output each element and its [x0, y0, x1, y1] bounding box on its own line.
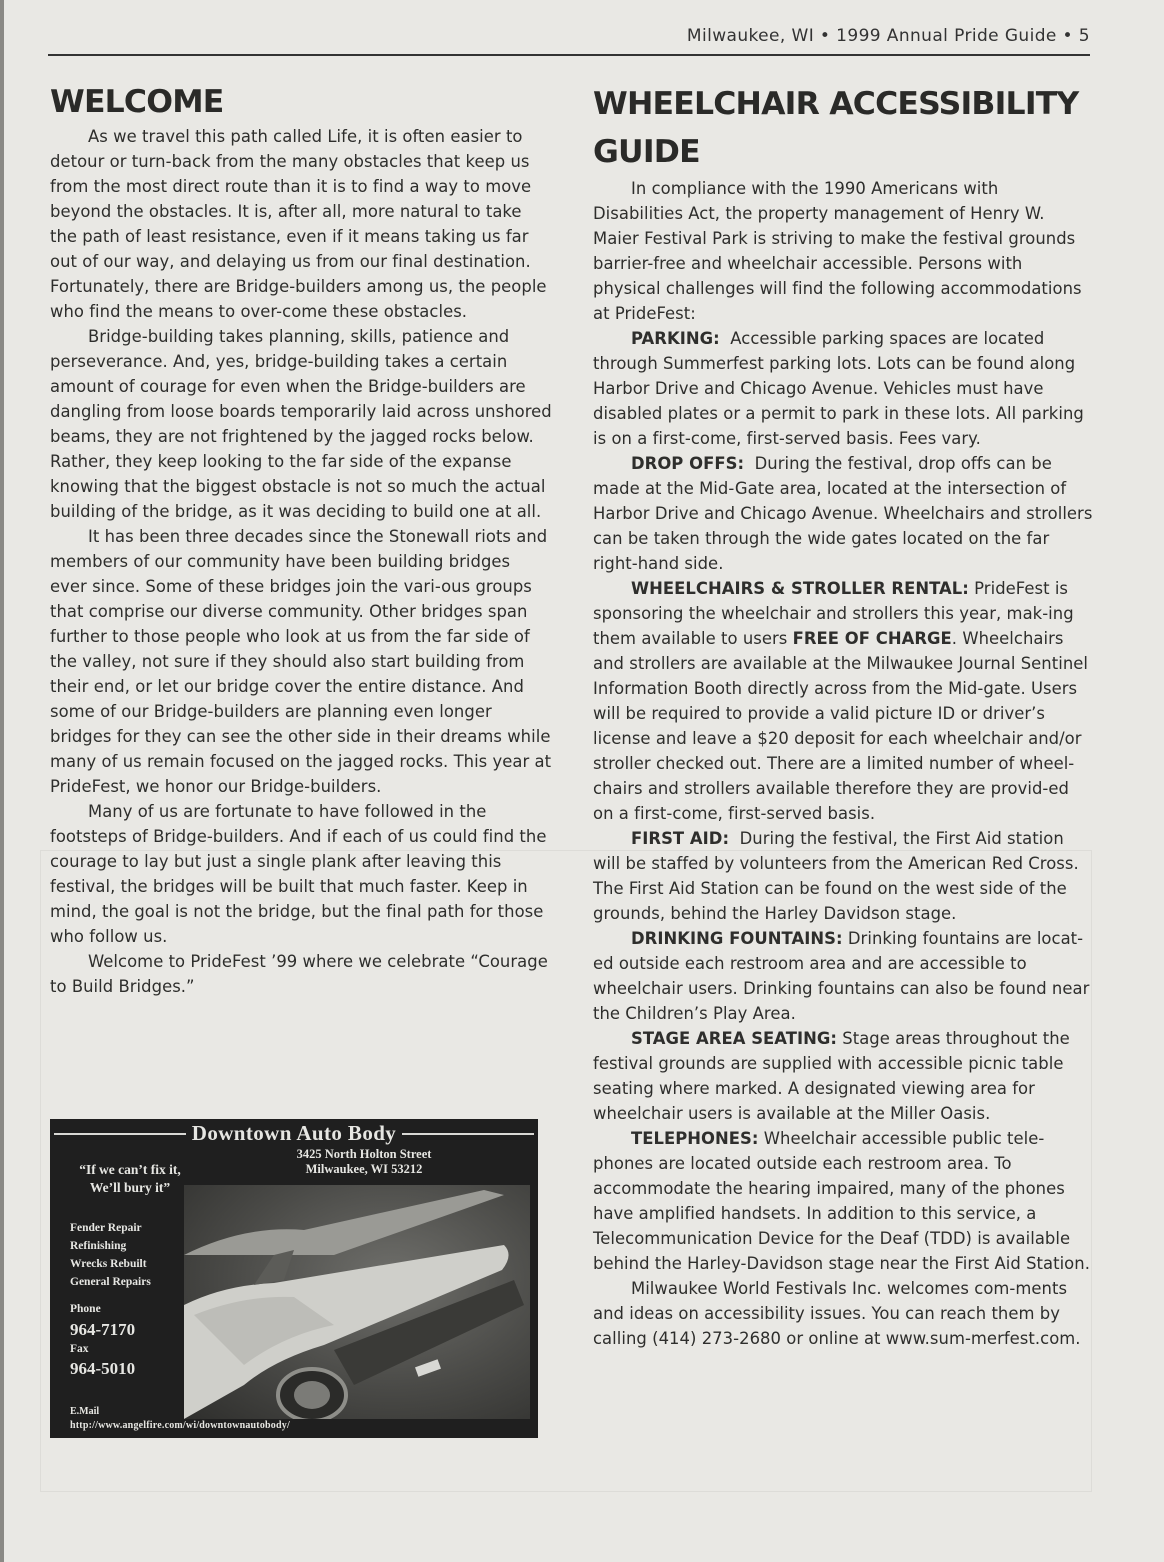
welcome-paragraph-2: Bridge-building takes planning, skills, …	[50, 324, 552, 524]
section-wheelchair-rental: WHEELCHAIRS & STROLLER RENTAL: PrideFest…	[593, 576, 1093, 826]
section-label: FIRST AID:	[631, 829, 729, 848]
ad-phone-label: Phone	[70, 1303, 101, 1315]
section-telephones: TELEPHONES: Wheelchair accessible public…	[593, 1126, 1093, 1276]
accessibility-intro: In compliance with the 1990 Americans wi…	[593, 176, 1093, 326]
welcome-paragraph-1: As we travel this path called Life, it i…	[50, 124, 552, 324]
free-of-charge-emphasis: FREE OF CHARGE	[793, 629, 952, 648]
accessibility-title: WHEELCHAIR ACCESSIBILITY GUIDE	[593, 80, 1093, 176]
ad-phone-number: 964-7170	[70, 1320, 135, 1340]
section-label: STAGE AREA SEATING:	[631, 1029, 837, 1048]
welcome-title: WELCOME	[50, 80, 552, 124]
welcome-paragraph-4: Many of us are fortunate to have followe…	[50, 799, 552, 949]
section-label: WHEELCHAIRS & STROLLER RENTAL:	[631, 579, 969, 598]
ad-service: General Repairs	[70, 1273, 151, 1291]
ad-website-url: http://www.angelfire.com/wi/downtownauto…	[70, 1420, 290, 1431]
ad-fax-number: 964-5010	[70, 1359, 135, 1379]
page-edge-shadow	[0, 0, 4, 1562]
running-head-text: Milwaukee, WI • 1999 Annual Pride Guide …	[687, 26, 1090, 46]
ad-email-label: E.Mail	[70, 1406, 99, 1417]
section-first-aid: FIRST AID: During the festival, the Firs…	[593, 826, 1093, 926]
section-label: DROP OFFS:	[631, 454, 744, 473]
section-stage-seating: STAGE AREA SEATING: Stage areas througho…	[593, 1026, 1093, 1126]
auto-body-advertisement: Downtown Auto Body 3425 North Holton Str…	[50, 1119, 538, 1438]
section-drop-offs: DROP OFFS: During the festival, drop off…	[593, 451, 1093, 576]
section-parking: PARKING: Accessible parking spaces are l…	[593, 326, 1093, 451]
ad-business-name: Downtown Auto Body	[50, 1119, 538, 1147]
ad-fax-label: Fax	[70, 1343, 89, 1355]
running-head: Milwaukee, WI • 1999 Annual Pride Guide …	[48, 22, 1090, 56]
section-label: TELEPHONES:	[631, 1129, 759, 1148]
ad-address: 3425 North Holton Street Milwaukee, WI 5…	[190, 1147, 538, 1177]
welcome-article: WELCOME As we travel this path called Li…	[50, 80, 552, 999]
classic-car-photo	[184, 1185, 530, 1419]
ad-service: Wrecks Rebuilt	[70, 1255, 151, 1273]
ad-service: Fender Repair	[70, 1219, 151, 1237]
ad-service: Refinishing	[70, 1237, 151, 1255]
section-drinking-fountains: DRINKING FOUNTAINS: Drinking fountains a…	[593, 926, 1093, 1026]
accessibility-closing: Milwaukee World Festivals Inc. welcomes …	[593, 1276, 1093, 1351]
accessibility-guide-article: WHEELCHAIR ACCESSIBILITY GUIDE In compli…	[593, 80, 1093, 1351]
section-label: DRINKING FOUNTAINS:	[631, 929, 843, 948]
ad-services-list: Fender Repair Refinishing Wrecks Rebuilt…	[70, 1219, 151, 1291]
car-tailfin-illustration	[184, 1185, 530, 1419]
section-label: PARKING:	[631, 329, 720, 348]
welcome-paragraph-5: Welcome to PrideFest ’99 where we celebr…	[50, 949, 552, 999]
welcome-paragraph-3: It has been three decades since the Ston…	[50, 524, 552, 799]
